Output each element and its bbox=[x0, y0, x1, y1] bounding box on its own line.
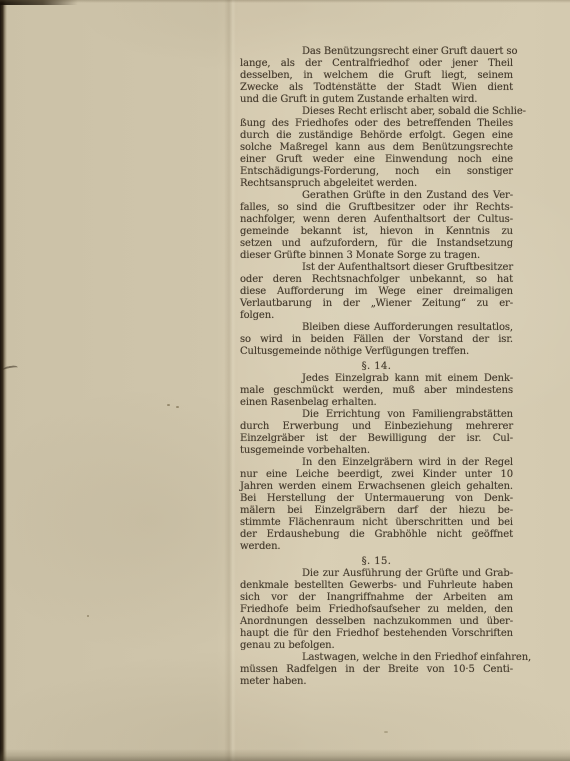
text-line: nachfolger, wenn deren Aufenthaltsort de… bbox=[240, 214, 513, 226]
text-line: nur eine Leiche beerdigt, zwei Kinder un… bbox=[240, 469, 513, 481]
section-heading: §. 15. bbox=[240, 556, 513, 568]
text-line: In den Einzelgräbern wird in der Regel bbox=[240, 457, 513, 469]
text-line: einen Rasenbelag erhalten. bbox=[240, 397, 513, 409]
text-line: sich vor der Inangriffnahme der Arbeiten… bbox=[240, 592, 513, 604]
text-line: oder deren Rechtsnachfolger unbekannt, s… bbox=[240, 274, 513, 286]
text-line: der Erdaushebung die Grabhöhle nicht geö… bbox=[240, 529, 513, 541]
text-line: male geschmückt werden, muß aber mindest… bbox=[240, 385, 513, 397]
paragraph: Dieses Recht erlischt aber, sobald die S… bbox=[240, 106, 513, 190]
text-line: Jedes Einzelgrab kann mit einem Denk- bbox=[240, 373, 513, 385]
scanned-page: Das Benützungsrecht einer Gruft dauert s… bbox=[0, 0, 570, 761]
text-line: werden. bbox=[240, 541, 513, 553]
text-line: diese Aufforderung im Wege einer dreimal… bbox=[240, 286, 513, 298]
text-line: Die zur Ausführung der Grüfte und Grab- bbox=[240, 568, 513, 580]
paragraph: Bleiben diese Aufforderungen resultatlos… bbox=[240, 322, 513, 358]
text-line: durch die zuständige Behörde erfolgt. Ge… bbox=[240, 130, 513, 142]
paper-speck bbox=[167, 404, 170, 406]
paragraph: Ist der Aufenthaltsort dieser Gruftbesit… bbox=[240, 262, 513, 322]
paragraph: Jedes Einzelgrab kann mit einem Denk-mal… bbox=[240, 373, 513, 409]
paper-speck bbox=[384, 731, 388, 733]
text-line: Entschädigungs-Forderung, noch ein sonst… bbox=[240, 166, 513, 178]
text-line: Rechtsanspruch abgeleitet werden. bbox=[240, 178, 513, 190]
text-line: Bleiben diese Aufforderungen resultatlos… bbox=[240, 322, 513, 334]
text-line: haupt die für den Friedhof bestehenden V… bbox=[240, 628, 513, 640]
text-line: Lastwagen, welche in den Friedhof einfah… bbox=[240, 652, 513, 664]
text-line: einer Gruft weder eine Einwendung noch e… bbox=[240, 154, 513, 166]
text-line: tusgemeinde vorbehalten. bbox=[240, 445, 513, 457]
text-line: solche Maßregel kann aus dem Benützungsr… bbox=[240, 142, 513, 154]
text-line: Bei Herstellung der Untermauerung von De… bbox=[240, 493, 513, 505]
paragraph: Das Benützungsrecht einer Gruft dauert s… bbox=[240, 46, 513, 106]
text-line: Einzelgräber ist der Bewilligung der isr… bbox=[240, 433, 513, 445]
text-line: desselben, in welchem die Gruft liegt, s… bbox=[240, 70, 513, 82]
paragraph: In den Einzelgräbern wird in der Regelnu… bbox=[240, 457, 513, 553]
text-line: Friedhofe beim Friedhofsaufseher zu meld… bbox=[240, 604, 513, 616]
text-line: Cultusgemeinde nöthige Verfügungen treff… bbox=[240, 346, 513, 358]
paper-speck bbox=[176, 406, 179, 408]
document-text-column: Das Benützungsrecht einer Gruft dauert s… bbox=[240, 46, 513, 688]
text-line: mälern bei Einzelgräbern darf der hiezu … bbox=[240, 505, 513, 517]
text-line: Jahren werden einem Erwachsenen gleich g… bbox=[240, 481, 513, 493]
text-line: und die Gruft in gutem Zustande erhalten… bbox=[240, 94, 513, 106]
text-line: gemeinde bekannt ist, hievon in Kenntnis… bbox=[240, 226, 513, 238]
scan-bottom-edge bbox=[0, 749, 570, 761]
text-line: genau zu befolgen. bbox=[240, 640, 513, 652]
scan-left-edge bbox=[0, 0, 7, 761]
scan-top-edge bbox=[0, 0, 570, 3]
text-line: müssen Radfelgen in der Breite von 10·5 … bbox=[240, 664, 513, 676]
paper-speck bbox=[87, 615, 89, 617]
paragraph: Lastwagen, welche in den Friedhof einfah… bbox=[240, 652, 513, 688]
text-line: falles, so sind die Gruftbesitzer oder i… bbox=[240, 202, 513, 214]
text-line: setzen und aufzufordern, für die Instand… bbox=[240, 238, 513, 250]
paragraph: Die zur Ausführung der Grüfte und Grab-d… bbox=[240, 568, 513, 652]
paragraph: Gerathen Grüfte in den Zustand des Ver-f… bbox=[240, 190, 513, 262]
text-line: so wird in beiden Fällen der Vorstand de… bbox=[240, 334, 513, 346]
text-line: Verlautbarung in der „Wiener Zeitung“ zu… bbox=[240, 298, 513, 310]
text-line: Anordnungen desselben nachzukommen und ü… bbox=[240, 616, 513, 628]
text-line: Gerathen Grüfte in den Zustand des Ver- bbox=[240, 190, 513, 202]
text-line: lange, als der Centralfriedhof oder jene… bbox=[240, 58, 513, 70]
text-line: Dieses Recht erlischt aber, sobald die S… bbox=[240, 106, 513, 118]
text-line: durch Erwerbung und Einbeziehung mehrere… bbox=[240, 421, 513, 433]
page-fold-crease bbox=[224, 0, 236, 761]
text-line: Ist der Aufenthaltsort dieser Gruftbesit… bbox=[240, 262, 513, 274]
section-heading: §. 14. bbox=[240, 361, 513, 373]
text-line: stimmte Flächenraum nicht überschritten … bbox=[240, 517, 513, 529]
text-line: meter haben. bbox=[240, 676, 513, 688]
text-line: denkmale bestellten Gewerbs- und Fuhrleu… bbox=[240, 580, 513, 592]
text-line: folgen. bbox=[240, 310, 513, 322]
text-line: dieser Grüfte binnen 3 Monate Sorge zu t… bbox=[240, 250, 513, 262]
text-line: Die Errichtung von Familiengrabstätten bbox=[240, 409, 513, 421]
text-line: Das Benützungsrecht einer Gruft dauert s… bbox=[240, 46, 513, 58]
paragraph: Die Errichtung von Familiengrabstättendu… bbox=[240, 409, 513, 457]
text-line: ßung des Friedhofes oder des betreffende… bbox=[240, 118, 513, 130]
text-line: Zwecke als Todtenstätte der Stadt Wien d… bbox=[240, 82, 513, 94]
